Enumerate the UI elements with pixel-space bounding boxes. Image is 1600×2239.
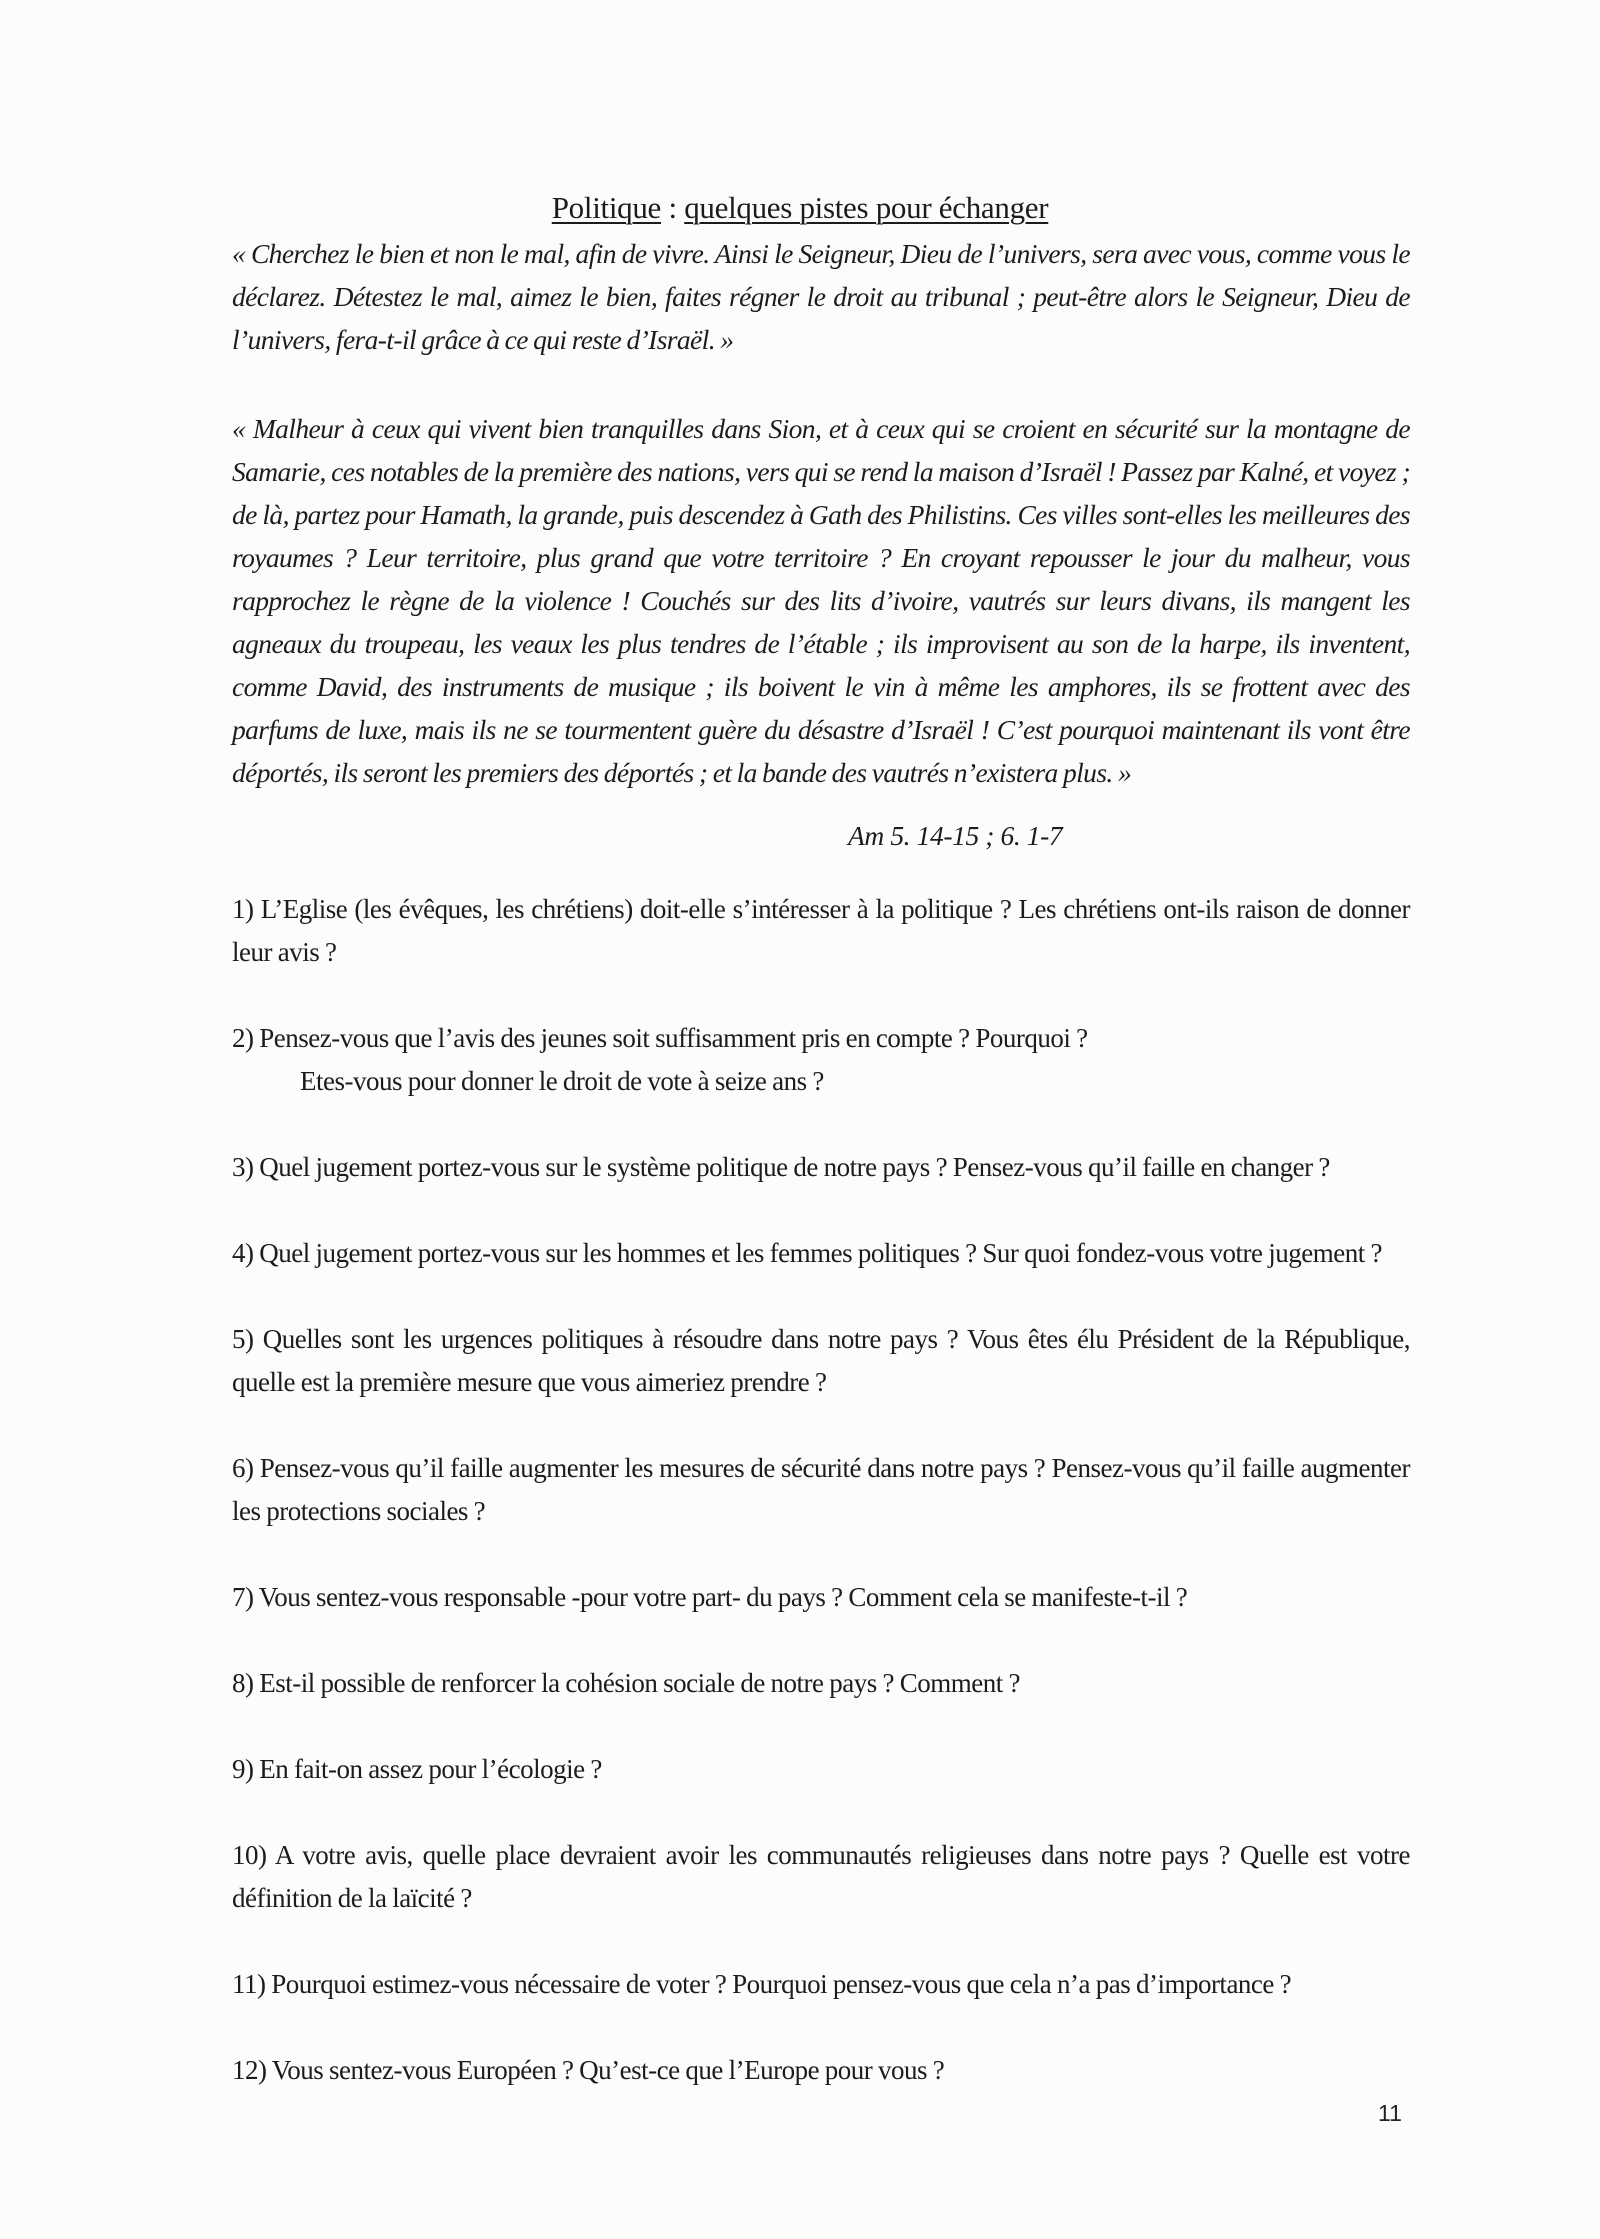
question-7: 7) Vous sentez-vous responsable -pour vo… — [232, 1576, 1410, 1619]
question-2-main: 2) Pensez-vous que l’avis des jeunes soi… — [232, 1023, 1088, 1053]
title-part-politique: Politique — [552, 190, 661, 225]
question-6: 6) Pensez-vous qu’il faille augmenter le… — [232, 1447, 1410, 1533]
question-list: 1) L’Eglise (les évêques, les chrétiens)… — [232, 888, 1410, 2092]
title-separator: : — [661, 190, 684, 225]
page-title: Politique : quelques pistes pour échange… — [0, 190, 1600, 226]
question-8: 8) Est-il possible de renforcer la cohés… — [232, 1662, 1410, 1705]
question-12: 12) Vous sentez-vous Européen ? Qu’est-c… — [232, 2049, 1410, 2092]
question-4: 4) Quel jugement portez-vous sur les hom… — [232, 1232, 1410, 1275]
title-part-subtitle: quelques pistes pour échanger — [684, 190, 1048, 225]
question-9: 9) En fait-on assez pour l’écologie ? — [232, 1748, 1410, 1791]
scripture-reference: Am 5. 14-15 ; 6. 1-7 — [848, 820, 1062, 852]
question-10: 10) A votre avis, quelle place devraient… — [232, 1834, 1410, 1920]
page-number: 11 — [1378, 2100, 1402, 2127]
scripture-quote-2: « Malheur à ceux qui vivent bien tranqui… — [232, 407, 1410, 794]
scanned-page: Politique : quelques pistes pour échange… — [0, 0, 1600, 2239]
scripture-quote-1: « Cherchez le bien et non le mal, afin d… — [232, 232, 1410, 361]
question-5: 5) Quelles sont les urgences politiques … — [232, 1318, 1410, 1404]
question-2: 2) Pensez-vous que l’avis des jeunes soi… — [232, 1017, 1410, 1103]
question-1: 1) L’Eglise (les évêques, les chrétiens)… — [232, 888, 1410, 974]
question-11: 11) Pourquoi estimez-vous nécessaire de … — [232, 1963, 1410, 2006]
question-2-sub: Etes-vous pour donner le droit de vote à… — [232, 1060, 1410, 1103]
question-3: 3) Quel jugement portez-vous sur le syst… — [232, 1146, 1410, 1189]
